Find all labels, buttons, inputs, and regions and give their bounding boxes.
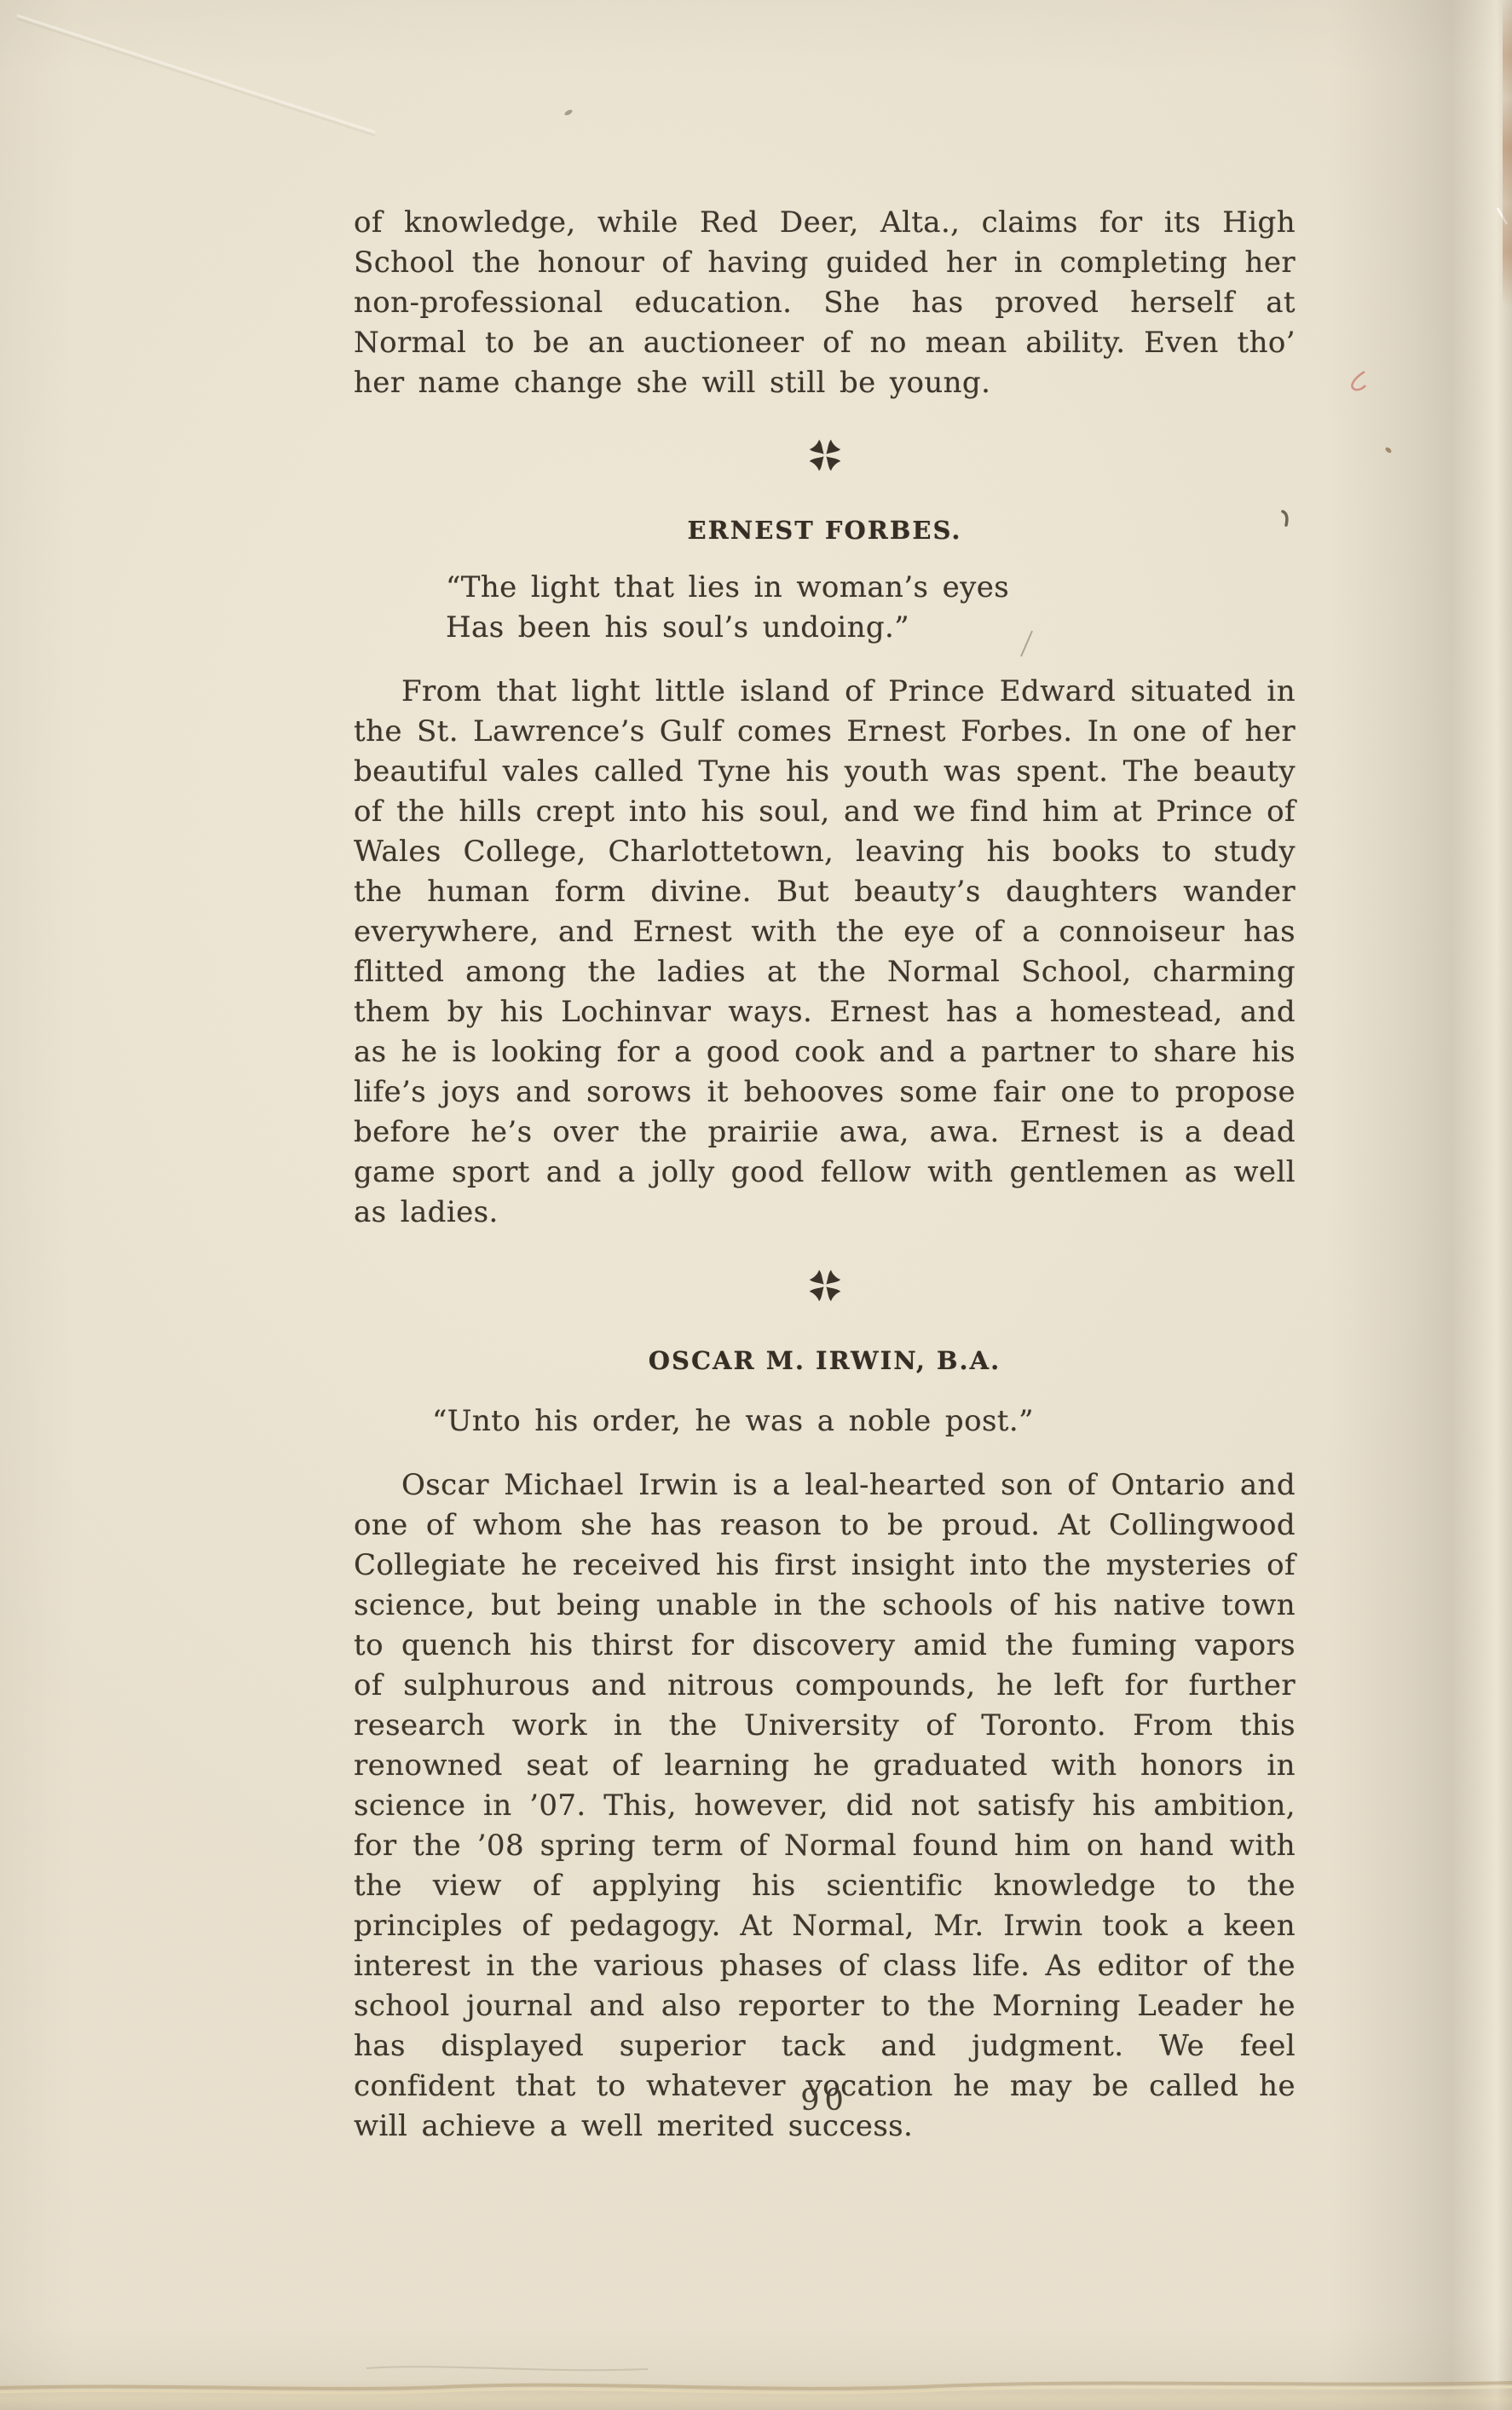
bottom-crease: [366, 2367, 648, 2370]
torn-edge-line: [0, 2383, 1512, 2389]
section-heading-ernest-forbes: ERNEST FORBES.: [354, 515, 1296, 546]
cross-fleuron-icon: [806, 436, 844, 474]
biography-oscar-irwin: Oscar Michael Irwin is a leal-hearted so…: [354, 1465, 1296, 2147]
epigraph-oscar-irwin: “Unto his order, he was a noble post.”: [432, 1401, 1296, 1442]
page-number: 90: [354, 2083, 1296, 2118]
bottom-page-edge: [0, 2381, 1512, 2410]
cross-fleuron-icon: [806, 1267, 844, 1304]
quote-line: Has been his soul’s undoing.”: [446, 608, 1296, 648]
torn-edge-highlight: [0, 2387, 1512, 2393]
quote-line: “The light that lies in woman’s eyes: [446, 568, 1296, 608]
scanned-yearbook-page: of knowledge, while Red Deer, Alta., cla…: [0, 0, 1512, 2410]
paper-crease-shadow: [17, 19, 375, 136]
right-edge-streak: [1503, 0, 1512, 307]
continuation-paragraph: of knowledge, while Red Deer, Alta., cla…: [354, 203, 1296, 403]
epigraph-ernest-forbes: “The light that lies in woman’s eyes Has…: [446, 568, 1296, 648]
section-heading-oscar-irwin: OSCAR M. IRWIN, B.A.: [354, 1345, 1296, 1376]
edge-scratch: [1498, 208, 1507, 224]
quote-line: “Unto his order, he was a noble post.”: [432, 1401, 1296, 1442]
section-divider: [354, 436, 1296, 474]
paper-speck: [1384, 447, 1392, 454]
text-column: of knowledge, while Red Deer, Alta., cla…: [354, 203, 1296, 2147]
ink-fleck: [563, 108, 573, 116]
red-pen-squiggle: [1352, 372, 1365, 390]
biography-ernest-forbes: From that light little island of Prince …: [354, 672, 1296, 1233]
paper-crease: [17, 15, 375, 132]
section-divider: [354, 1267, 1296, 1304]
